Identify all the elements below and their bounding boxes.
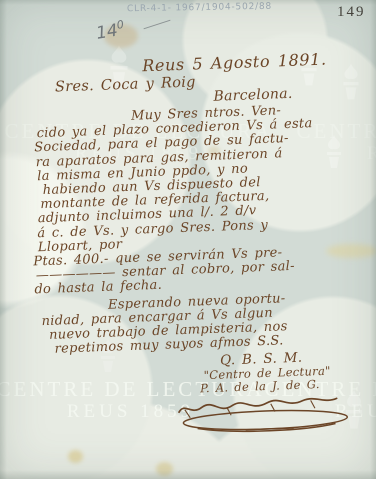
pencil-folio-number: 140 <box>94 18 126 44</box>
pencil-stroke <box>144 20 171 30</box>
pencil-folio-sup: 0 <box>116 18 125 32</box>
archival-reference-code: CLR-4-1- 1967/1904-502/88 <box>127 2 272 15</box>
signature-flourish <box>174 390 355 441</box>
handwritten-letter: Reus 5 Agosto 1891. Sres. Coca y Roig Ba… <box>14 47 376 450</box>
pencil-folio-main: 14 <box>95 21 120 44</box>
stain <box>156 462 173 476</box>
scanned-letter-page: CENTRE DE LECTURA REUS 1859 CENTRE DE LE… <box>0 0 376 479</box>
printed-folio-number: 149 <box>337 4 366 21</box>
stain <box>68 450 83 463</box>
